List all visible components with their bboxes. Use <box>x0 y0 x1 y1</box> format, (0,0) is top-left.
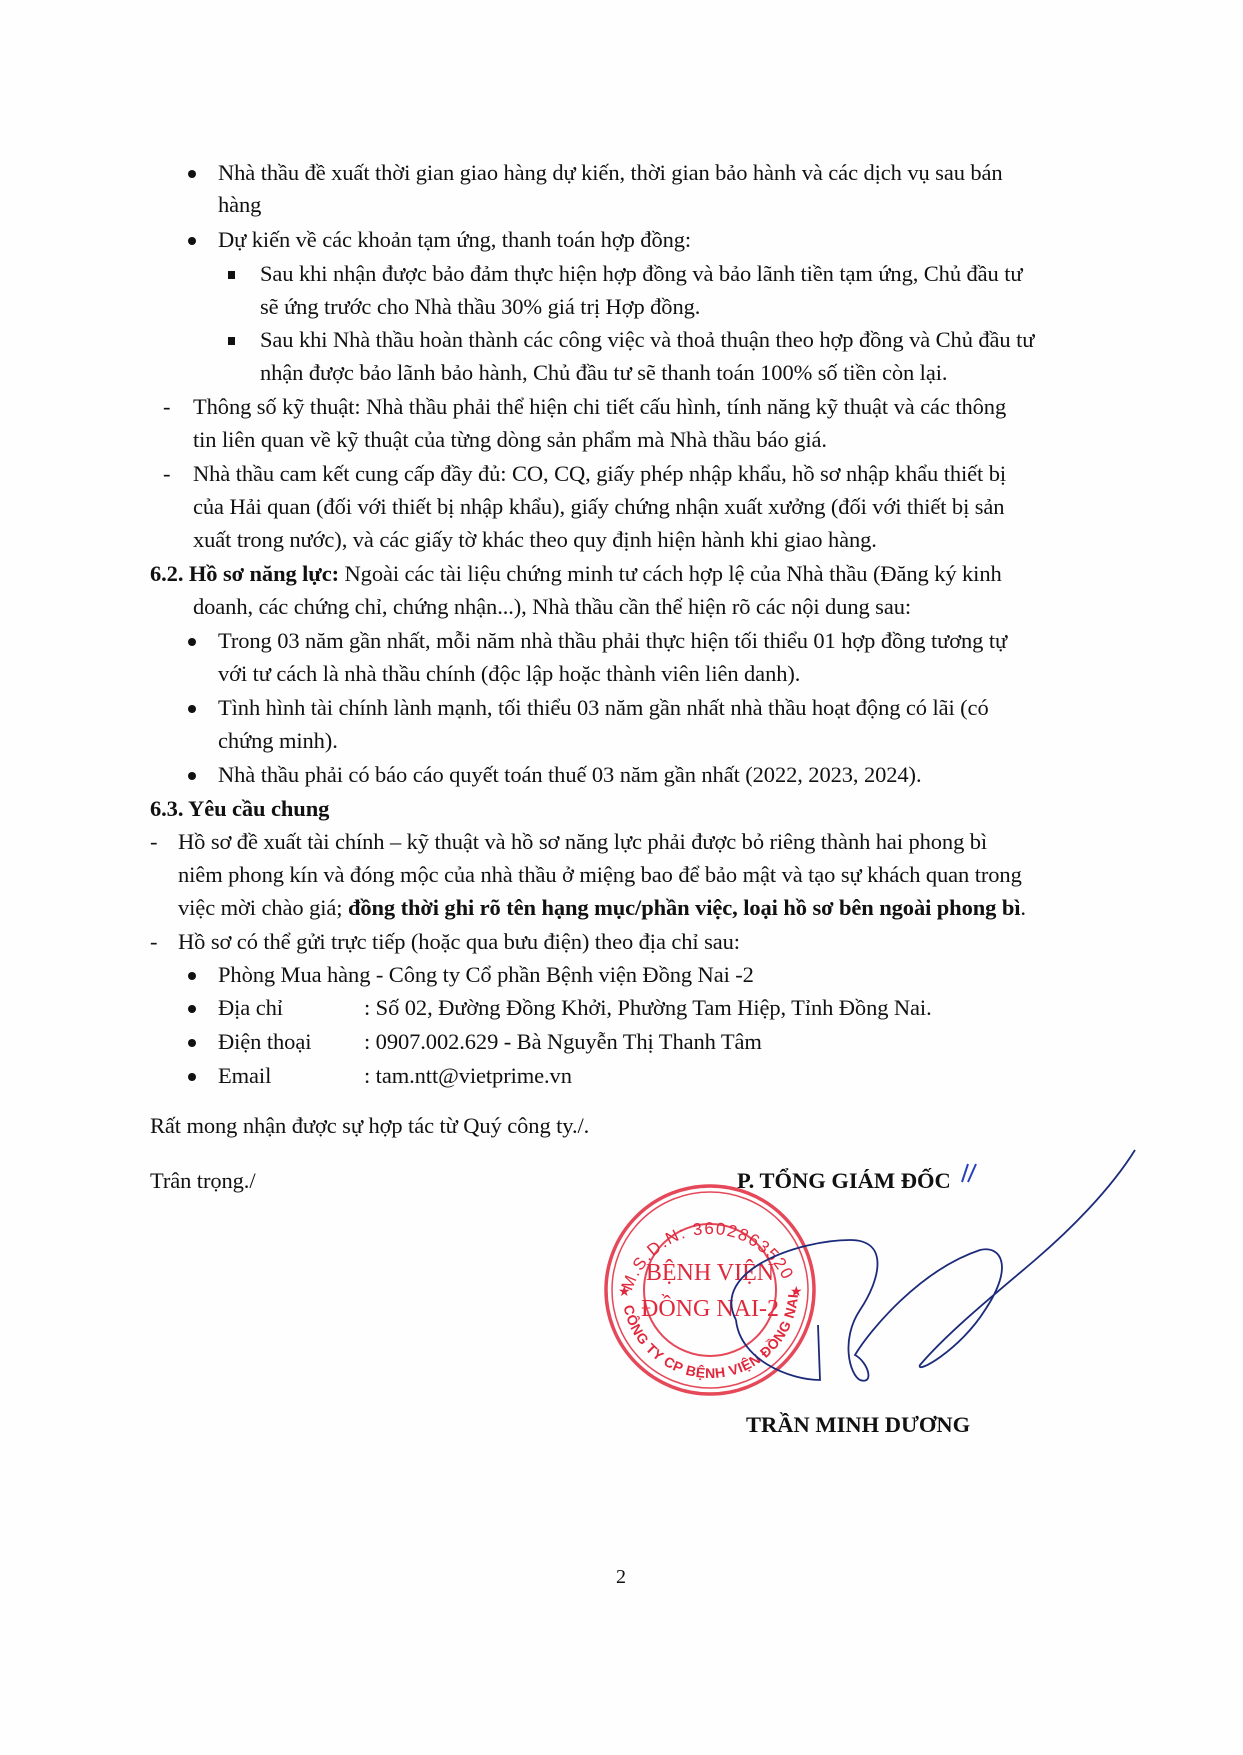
section-6-3-heading: 6.3. Yêu cầu chung <box>150 794 329 824</box>
sub-item-text: Sau khi nhận được bảo đảm thực hiện hợp … <box>260 259 1022 289</box>
square-bullet-icon <box>228 337 235 345</box>
section-text: doanh, các chứng chỉ, chứng nhận...), Nh… <box>193 592 911 622</box>
sub-item-text: nhận được bảo lãnh bảo hành, Chủ đầu tư … <box>260 358 947 388</box>
dash-icon: - <box>163 392 171 422</box>
bullet-icon <box>188 705 196 713</box>
bullet-text: Trong 03 năm gần nhất, mỗi năm nhà thầu … <box>218 626 1007 656</box>
dash-item-text: Hồ sơ đề xuất tài chính – kỹ thuật và hồ… <box>178 827 987 857</box>
dash-item-text: Hồ sơ có thể gửi trực tiếp (hoặc qua bưu… <box>178 927 740 957</box>
bullet-icon <box>188 237 196 245</box>
dash-item-text: việc mời chào giá; đồng thời ghi rõ tên … <box>178 893 1026 923</box>
bullet-icon <box>188 1005 196 1013</box>
dash-item-text: Nhà thầu cam kết cung cấp đầy đủ: CO, CQ… <box>193 459 1006 489</box>
bullet-icon <box>188 772 196 780</box>
dash-item-text: xuất trong nước), và các giấy tờ khác th… <box>193 525 877 555</box>
address-value: : Số 02, Đường Đồng Khởi, Phường Tam Hiệ… <box>364 995 932 1020</box>
bullet-icon <box>188 972 196 980</box>
bullet-icon <box>188 1039 196 1047</box>
sub-item-text: Sau khi Nhà thầu hoàn thành các công việ… <box>260 325 1034 355</box>
email-label: Email <box>218 1061 364 1091</box>
bullet-text: với tư cách là nhà thầu chính (độc lập h… <box>218 659 800 689</box>
phone-value: : 0907.002.629 - Bà Nguyễn Thị Thanh Tâm <box>364 1029 762 1054</box>
dash-icon: - <box>150 827 158 857</box>
contact-office: Phòng Mua hàng - Công ty Cổ phần Bệnh vi… <box>218 960 754 990</box>
section-title: Hồ sơ năng lực: <box>189 561 339 586</box>
bullet-text: chứng minh). <box>218 726 338 756</box>
bullet-text: hàng <box>218 190 261 220</box>
signer-name: TRẦN MINH DƯƠNG <box>746 1412 970 1438</box>
contact-phone: Điện thoại: 0907.002.629 - Bà Nguyễn Thị… <box>218 1027 762 1057</box>
email-value[interactable]: : tam.ntt@vietprime.vn <box>364 1063 572 1088</box>
section-number: 6.2. <box>150 561 183 586</box>
page-number: 2 <box>616 1566 626 1589</box>
bullet-icon <box>188 1073 196 1081</box>
bullet-text: Nhà thầu phải có báo cáo quyết toán thuế… <box>218 760 921 790</box>
dash-item-text: niêm phong kín và đóng mộc của nhà thầu … <box>178 860 1022 890</box>
bullet-text: Dự kiến về các khoản tạm ứng, thanh toán… <box>218 225 691 255</box>
dash-item-text: của Hải quan (đối với thiết bị nhập khẩu… <box>193 492 1004 522</box>
dash-icon: - <box>150 927 158 957</box>
svg-text:★: ★ <box>618 1285 631 1300</box>
address-label: Địa chỉ <box>218 993 364 1023</box>
bullet-icon <box>188 170 196 178</box>
closing-line: Rất mong nhận được sự hợp tác từ Quý côn… <box>150 1111 589 1141</box>
phone-label: Điện thoại <box>218 1027 364 1057</box>
signature-icon <box>650 1130 1130 1430</box>
section-6-2-heading: 6.2. Hồ sơ năng lực: Ngoài các tài liệu … <box>150 559 1002 589</box>
dash-item-text: Thông số kỹ thuật: Nhà thầu phải thể hiệ… <box>193 392 1006 422</box>
contact-email: Email: tam.ntt@vietprime.vn <box>218 1061 572 1091</box>
dash-icon: - <box>163 459 171 489</box>
sub-item-text: sẽ ứng trước cho Nhà thầu 30% giá trị Hợ… <box>260 292 700 322</box>
contact-address: Địa chỉ: Số 02, Đường Đồng Khởi, Phường … <box>218 993 932 1023</box>
bullet-text: Tình hình tài chính lành mạnh, tối thiểu… <box>218 693 989 723</box>
section-text: Ngoài các tài liệu chứng minh tư cách hợ… <box>339 561 1002 586</box>
document-page: Nhà thầu đề xuất thời gian giao hàng dự … <box>0 0 1243 1755</box>
bullet-icon <box>188 638 196 646</box>
closing-regards: Trân trọng./ <box>150 1166 255 1196</box>
dash-item-text: tin liên quan về kỹ thuật của từng dòng … <box>193 425 827 455</box>
square-bullet-icon <box>228 271 235 279</box>
text-normal: . <box>1020 895 1026 920</box>
text-emphasis: đồng thời ghi rõ tên hạng mục/phần việc,… <box>348 895 1020 920</box>
text-normal: việc mời chào giá; <box>178 895 348 920</box>
bullet-text: Nhà thầu đề xuất thời gian giao hàng dự … <box>218 158 1003 188</box>
